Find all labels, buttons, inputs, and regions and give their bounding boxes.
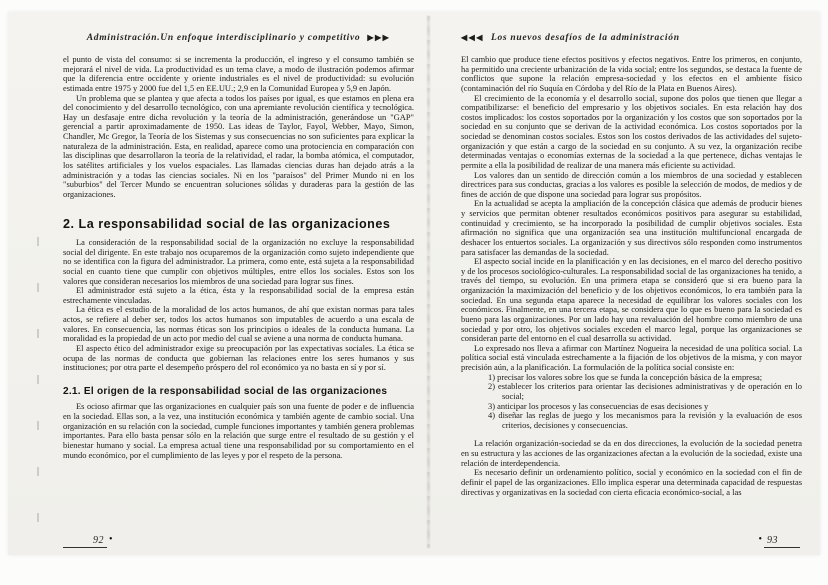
paragraph: El administrador está sujeto a la ética,… xyxy=(63,286,414,305)
paragraph: La ética es el estudio de la moralidad d… xyxy=(63,305,414,344)
paragraph: Un problema que se plantea y que afecta … xyxy=(63,94,414,200)
left-text-column: el punto de vista del consumo: si se inc… xyxy=(63,55,414,460)
scanned-book-spread: Administración.Un enfoque interdisciplin… xyxy=(0,0,828,585)
paragraph: El aspecto ético del administrador exige… xyxy=(63,344,414,373)
right-text-column: El cambio que produce tiene efectos posi… xyxy=(461,55,802,497)
right-page-footer: •93 xyxy=(756,535,800,546)
paper-area: Administración.Un enfoque interdisciplin… xyxy=(8,12,820,555)
paragraph: Es necesario definir un ordenamiento pol… xyxy=(461,468,802,497)
back-arrows-icon: ◀◀◀ xyxy=(461,33,484,42)
forward-arrows-icon: ▶▶▶ xyxy=(367,33,390,42)
footer-ornament-icon: • xyxy=(107,534,115,545)
paragraph: el punto de vista del consumo: si se inc… xyxy=(63,55,414,94)
paragraph: La relación organización-sociedad se da … xyxy=(461,439,802,468)
left-running-header: Administración.Un enfoque interdisciplin… xyxy=(63,33,414,43)
paragraph: Es ocioso afirmar que las organizaciones… xyxy=(63,402,414,460)
left-page: Administración.Un enfoque interdisciplin… xyxy=(8,12,427,555)
paragraph: El crecimiento de la economía y el desar… xyxy=(461,94,802,171)
subsection-heading: 2.1. El origen de la responsabilidad soc… xyxy=(63,387,414,397)
footer-ornament-icon: • xyxy=(756,534,764,545)
paragraph: En la actualidad se acepta la ampliación… xyxy=(461,199,802,257)
paragraph: La consideración de la responsabilidad s… xyxy=(63,238,414,286)
right-running-header: ◀◀◀Los nuevos desafíos de la administrac… xyxy=(461,33,802,43)
list-item: 2) establecer los criterios para orienta… xyxy=(488,382,802,401)
section-heading: 2. La responsabilidad social de las orga… xyxy=(63,220,414,230)
right-page-number: 93 xyxy=(764,535,800,548)
paragraph: El aspecto social incide en la planifica… xyxy=(461,257,802,344)
paragraph: El cambio que produce tiene efectos posi… xyxy=(461,55,802,94)
numbered-list: 1) precisar los valores sobre los que se… xyxy=(488,373,802,431)
paragraph: Lo expresado nos lleva a afirmar con Mar… xyxy=(461,344,802,373)
left-page-footer: 92• xyxy=(63,535,115,546)
left-header-title: Administración.Un enfoque interdisciplin… xyxy=(87,33,361,43)
paragraph: Los valores dan un sentido de dirección … xyxy=(461,171,802,200)
right-header-title: Los nuevos desafíos de la administración xyxy=(491,33,680,43)
list-item: 4) diseñar las reglas de juego y los mec… xyxy=(488,411,802,430)
left-page-number: 92 xyxy=(63,535,107,548)
right-page: ◀◀◀Los nuevos desafíos de la administrac… xyxy=(430,12,820,555)
